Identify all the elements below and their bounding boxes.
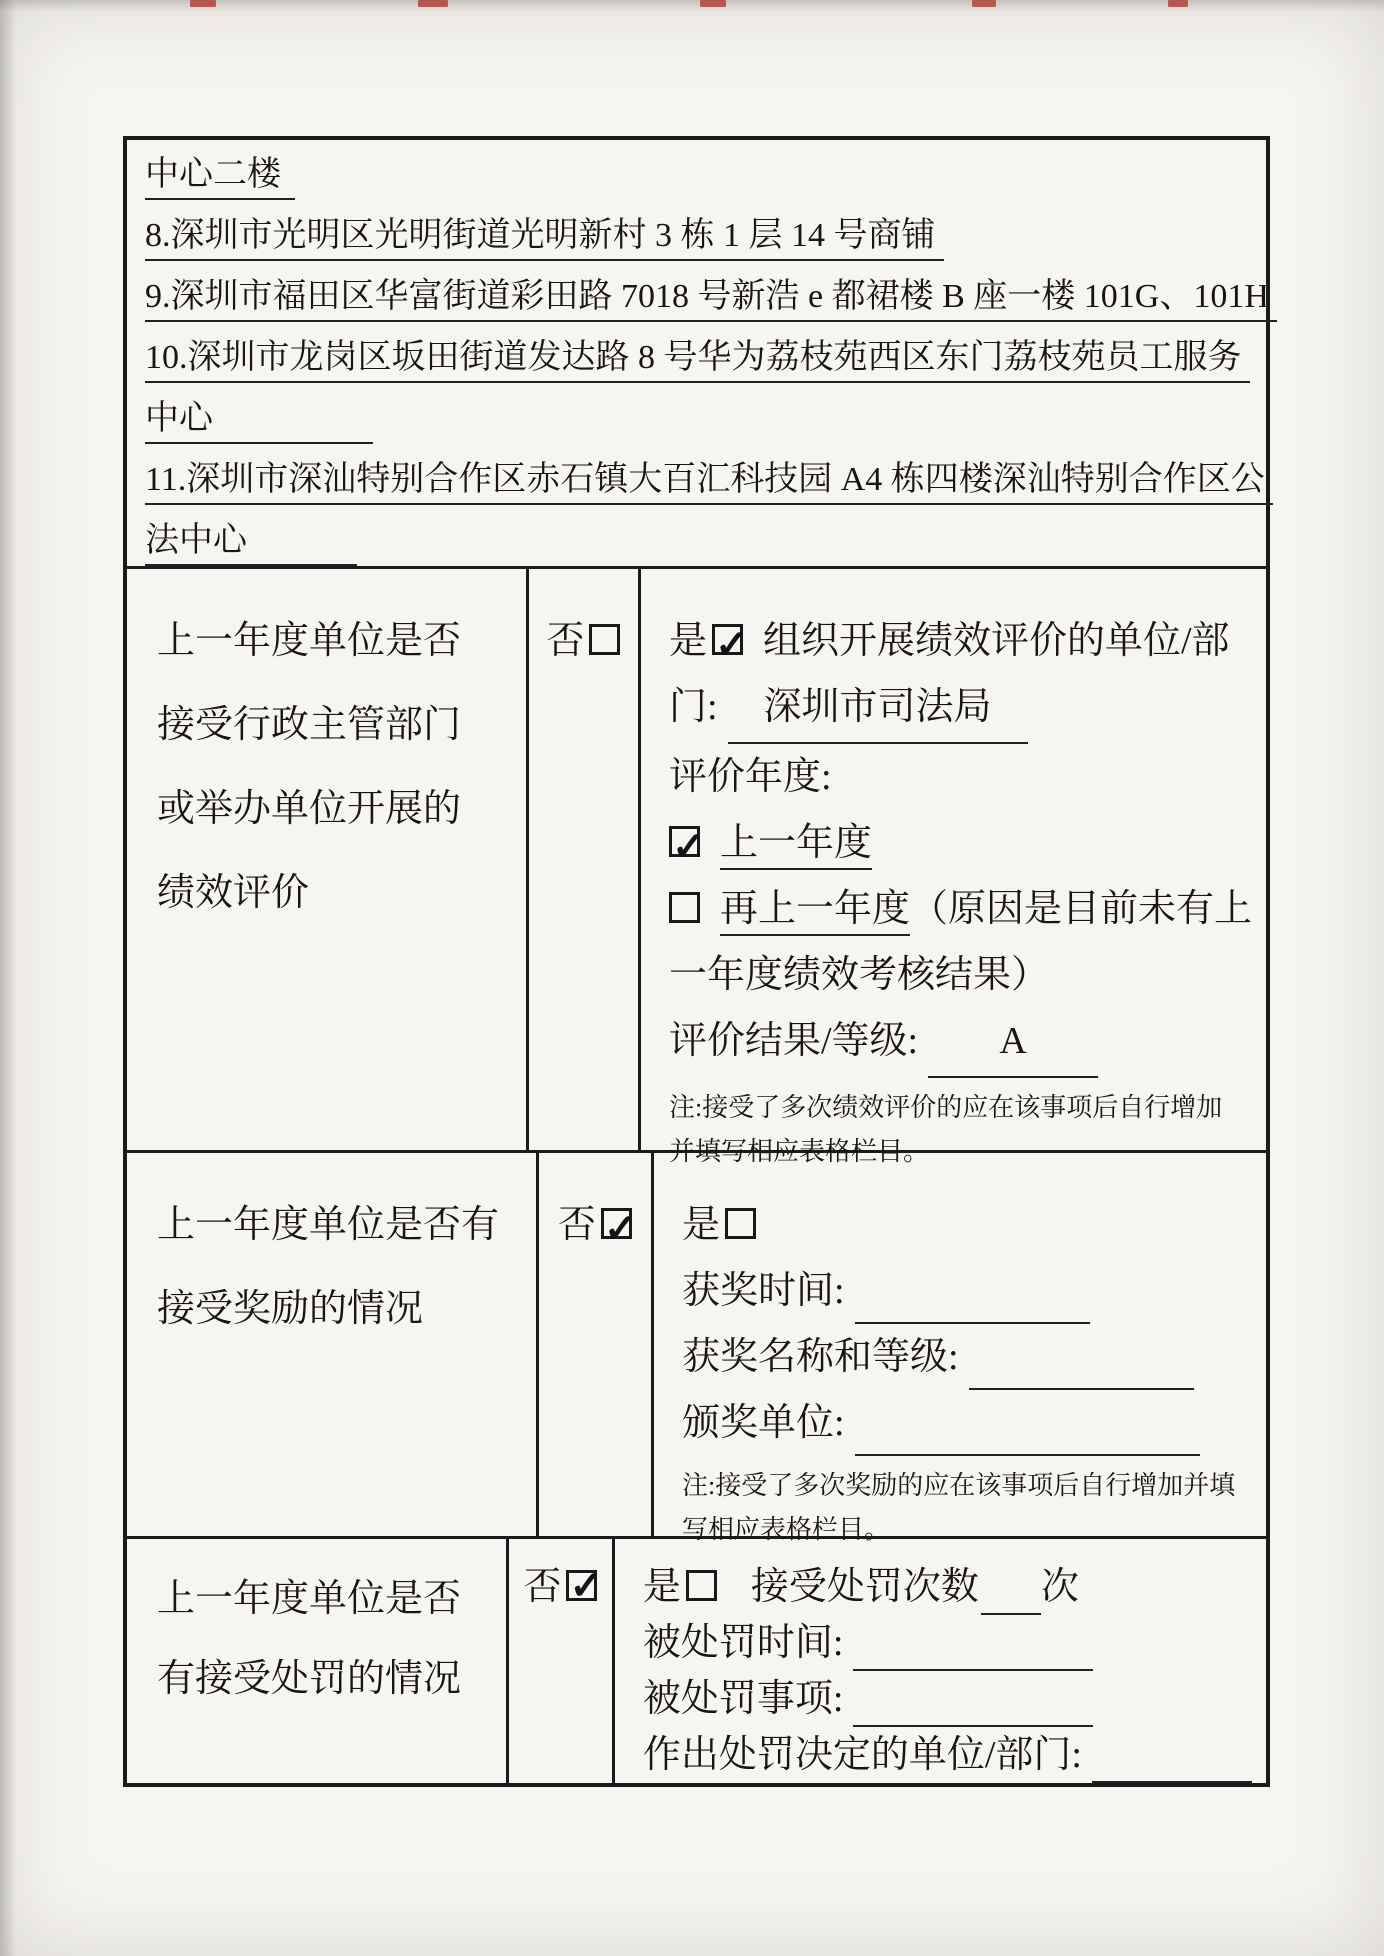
prev-year-reason: （原因是目前未有上 bbox=[910, 888, 1252, 930]
question-text: 上一年度单位是否有接受奖励的情况 bbox=[157, 1204, 499, 1330]
award-time-line: 获奖时间: bbox=[682, 1258, 1252, 1324]
eval-org-line: 门:深圳市司法局 bbox=[669, 674, 1252, 744]
eval-org-field[interactable]: 深圳市司法局 bbox=[728, 674, 1028, 744]
yes-label: 是 bbox=[669, 620, 707, 662]
penalty-count-label: 接受处罚次数 bbox=[751, 1566, 979, 1608]
no-label: 否 bbox=[558, 1204, 596, 1246]
address-line: 中心 bbox=[145, 388, 1252, 449]
address-line: 9.深圳市福田区华富街道彩田路 7018 号新浩 e 都裙楼 B 座一楼 101… bbox=[145, 266, 1252, 327]
scan-mark bbox=[190, 0, 216, 7]
penalty-org-field[interactable] bbox=[1092, 1741, 1252, 1783]
yes-line: 是 bbox=[682, 1192, 1252, 1258]
option-last-year-label: 上一年度 bbox=[720, 822, 872, 870]
option-prev-year-label: 再上一年度 bbox=[720, 888, 910, 936]
scan-mark bbox=[972, 0, 996, 7]
eval-result-label: 评价结果/等级: bbox=[669, 1020, 918, 1062]
row-awards: 上一年度单位是否有接受奖励的情况 否 是 获奖时间: 获奖名称和等级: 颁奖单位… bbox=[127, 1153, 1266, 1539]
award-time-label: 获奖时间: bbox=[682, 1270, 845, 1312]
option-last-year-line: 上一年度 bbox=[669, 810, 1252, 876]
scanned-form-page: 中心二楼 8.深圳市光明区光明街道光明新村 3 栋 1 层 14 号商铺 9.深… bbox=[0, 0, 1384, 1956]
no-cell: 否 bbox=[529, 569, 641, 1150]
address-text: 9.深圳市福田区华富街道彩田路 7018 号新浩 e 都裙楼 B 座一楼 101… bbox=[145, 278, 1277, 322]
prev-year-reason-cont-line: 一年度绩效考核结果） bbox=[669, 942, 1252, 1008]
row-performance-evaluation: 上一年度单位是否接受行政主管部门或举办单位开展的绩效评价 否 是组织开展绩效评价… bbox=[127, 569, 1266, 1153]
penalty-time-field[interactable] bbox=[853, 1629, 1093, 1671]
no-cell: 否 bbox=[539, 1153, 654, 1536]
scan-mark bbox=[1168, 0, 1188, 7]
award-org-field[interactable] bbox=[855, 1408, 1200, 1456]
award-name-field[interactable] bbox=[969, 1342, 1194, 1390]
yes-checkbox[interactable] bbox=[712, 624, 743, 655]
address-text: 8.深圳市光明区光明街道光明新村 3 栋 1 层 14 号商铺 bbox=[145, 217, 944, 261]
award-org-label: 颁奖单位: bbox=[682, 1402, 845, 1444]
address-line: 10.深圳市龙岗区坂田街道发达路 8 号华为荔枝苑西区东门荔枝苑员工服务 bbox=[145, 327, 1252, 388]
award-time-field[interactable] bbox=[855, 1276, 1090, 1324]
eval-org-label-cont: 门: bbox=[669, 686, 718, 728]
eval-result-field[interactable]: A bbox=[928, 1008, 1098, 1078]
address-line: 8.深圳市光明区光明街道光明新村 3 栋 1 层 14 号商铺 bbox=[145, 205, 1252, 266]
detail-cell: 是接受处罚次数次 被处罚时间: 被处罚事项: 作出处罚决定的单位/部门: bbox=[615, 1539, 1266, 1785]
address-text: 中心 bbox=[145, 400, 373, 444]
question-cell: 上一年度单位是否有接受奖励的情况 bbox=[127, 1153, 539, 1536]
address-text: 法中心 bbox=[145, 522, 357, 566]
yes-checkbox[interactable] bbox=[686, 1570, 717, 1601]
prev-year-reason-cont: 一年度绩效考核结果） bbox=[669, 954, 1049, 996]
annual-report-table: 中心二楼 8.深圳市光明区光明街道光明新村 3 栋 1 层 14 号商铺 9.深… bbox=[123, 136, 1270, 1787]
eval-result-line: 评价结果/等级:A bbox=[669, 1008, 1252, 1078]
penalty-item-line: 被处罚事项: bbox=[643, 1671, 1252, 1727]
address-text: 11.深圳市深汕特别合作区赤石镇大百汇科技园 A4 栋四楼深汕特别合作区公 bbox=[145, 461, 1273, 505]
detail-cell: 是 获奖时间: 获奖名称和等级: 颁奖单位: 注:接受了多次奖励的应在该事项后自… bbox=[654, 1153, 1266, 1536]
question-cell: 上一年度单位是否接受行政主管部门或举办单位开展的绩效评价 bbox=[127, 569, 529, 1150]
no-label: 否 bbox=[523, 1566, 561, 1608]
penalty-time-line: 被处罚时间: bbox=[643, 1615, 1252, 1671]
no-checkbox[interactable] bbox=[566, 1570, 597, 1601]
penalty-org-line: 作出处罚决定的单位/部门: bbox=[643, 1727, 1252, 1783]
award-name-line: 获奖名称和等级: bbox=[682, 1324, 1252, 1390]
eval-year-label-line: 评价年度: bbox=[669, 744, 1252, 810]
penalty-item-label: 被处罚事项: bbox=[643, 1678, 844, 1720]
detail-cell: 是组织开展绩效评价的单位/部 门:深圳市司法局 评价年度: 上一年度 再上一年度… bbox=[641, 569, 1266, 1150]
no-checkbox[interactable] bbox=[589, 624, 620, 655]
address-text: 中心二楼 bbox=[145, 156, 295, 200]
yes-label: 是 bbox=[643, 1566, 681, 1608]
question-cell: 上一年度单位是否有接受处罚的情况 bbox=[127, 1539, 509, 1785]
question-text: 上一年度单位是否接受行政主管部门或举办单位开展的绩效评价 bbox=[157, 620, 461, 914]
last-year-checkbox[interactable] bbox=[669, 826, 700, 857]
prev-year-checkbox[interactable] bbox=[669, 892, 700, 923]
question-text: 上一年度单位是否有接受处罚的情况 bbox=[157, 1578, 461, 1700]
address-line: 11.深圳市深汕特别合作区赤石镇大百汇科技园 A4 栋四楼深汕特别合作区公 bbox=[145, 449, 1252, 510]
penalty-org-label: 作出处罚决定的单位/部门: bbox=[643, 1734, 1082, 1776]
award-org-line: 颁奖单位: bbox=[682, 1390, 1252, 1456]
scan-mark bbox=[418, 0, 448, 7]
no-checkbox[interactable] bbox=[601, 1208, 632, 1239]
address-text: 10.深圳市龙岗区坂田街道发达路 8 号华为荔枝苑西区东门荔枝苑员工服务 bbox=[145, 339, 1250, 383]
yes-label: 是 bbox=[682, 1204, 720, 1246]
no-cell: 否 bbox=[509, 1539, 615, 1785]
yes-line: 是接受处罚次数次 bbox=[643, 1559, 1252, 1615]
no-label: 否 bbox=[546, 620, 584, 662]
award-name-label: 获奖名称和等级: bbox=[682, 1336, 959, 1378]
eval-year-label: 评价年度: bbox=[669, 756, 832, 798]
eval-org-label: 组织开展绩效评价的单位/部 bbox=[763, 620, 1230, 662]
yes-checkbox[interactable] bbox=[725, 1208, 756, 1239]
row-penalties: 上一年度单位是否有接受处罚的情况 否 是接受处罚次数次 被处罚时间: 被处罚事项… bbox=[127, 1539, 1266, 1785]
yes-line: 是组织开展绩效评价的单位/部 bbox=[669, 608, 1252, 674]
address-list-cell: 中心二楼 8.深圳市光明区光明街道光明新村 3 栋 1 层 14 号商铺 9.深… bbox=[127, 140, 1266, 569]
address-line: 法中心 bbox=[145, 510, 1252, 571]
penalty-count-field[interactable] bbox=[981, 1573, 1041, 1615]
penalty-count-suffix: 次 bbox=[1041, 1566, 1079, 1608]
address-line: 中心二楼 bbox=[145, 144, 1252, 205]
penalty-time-label: 被处罚时间: bbox=[643, 1622, 844, 1664]
option-prev-year-line: 再上一年度（原因是目前未有上 bbox=[669, 876, 1252, 942]
penalty-item-field[interactable] bbox=[853, 1685, 1093, 1727]
scan-mark bbox=[700, 0, 726, 7]
